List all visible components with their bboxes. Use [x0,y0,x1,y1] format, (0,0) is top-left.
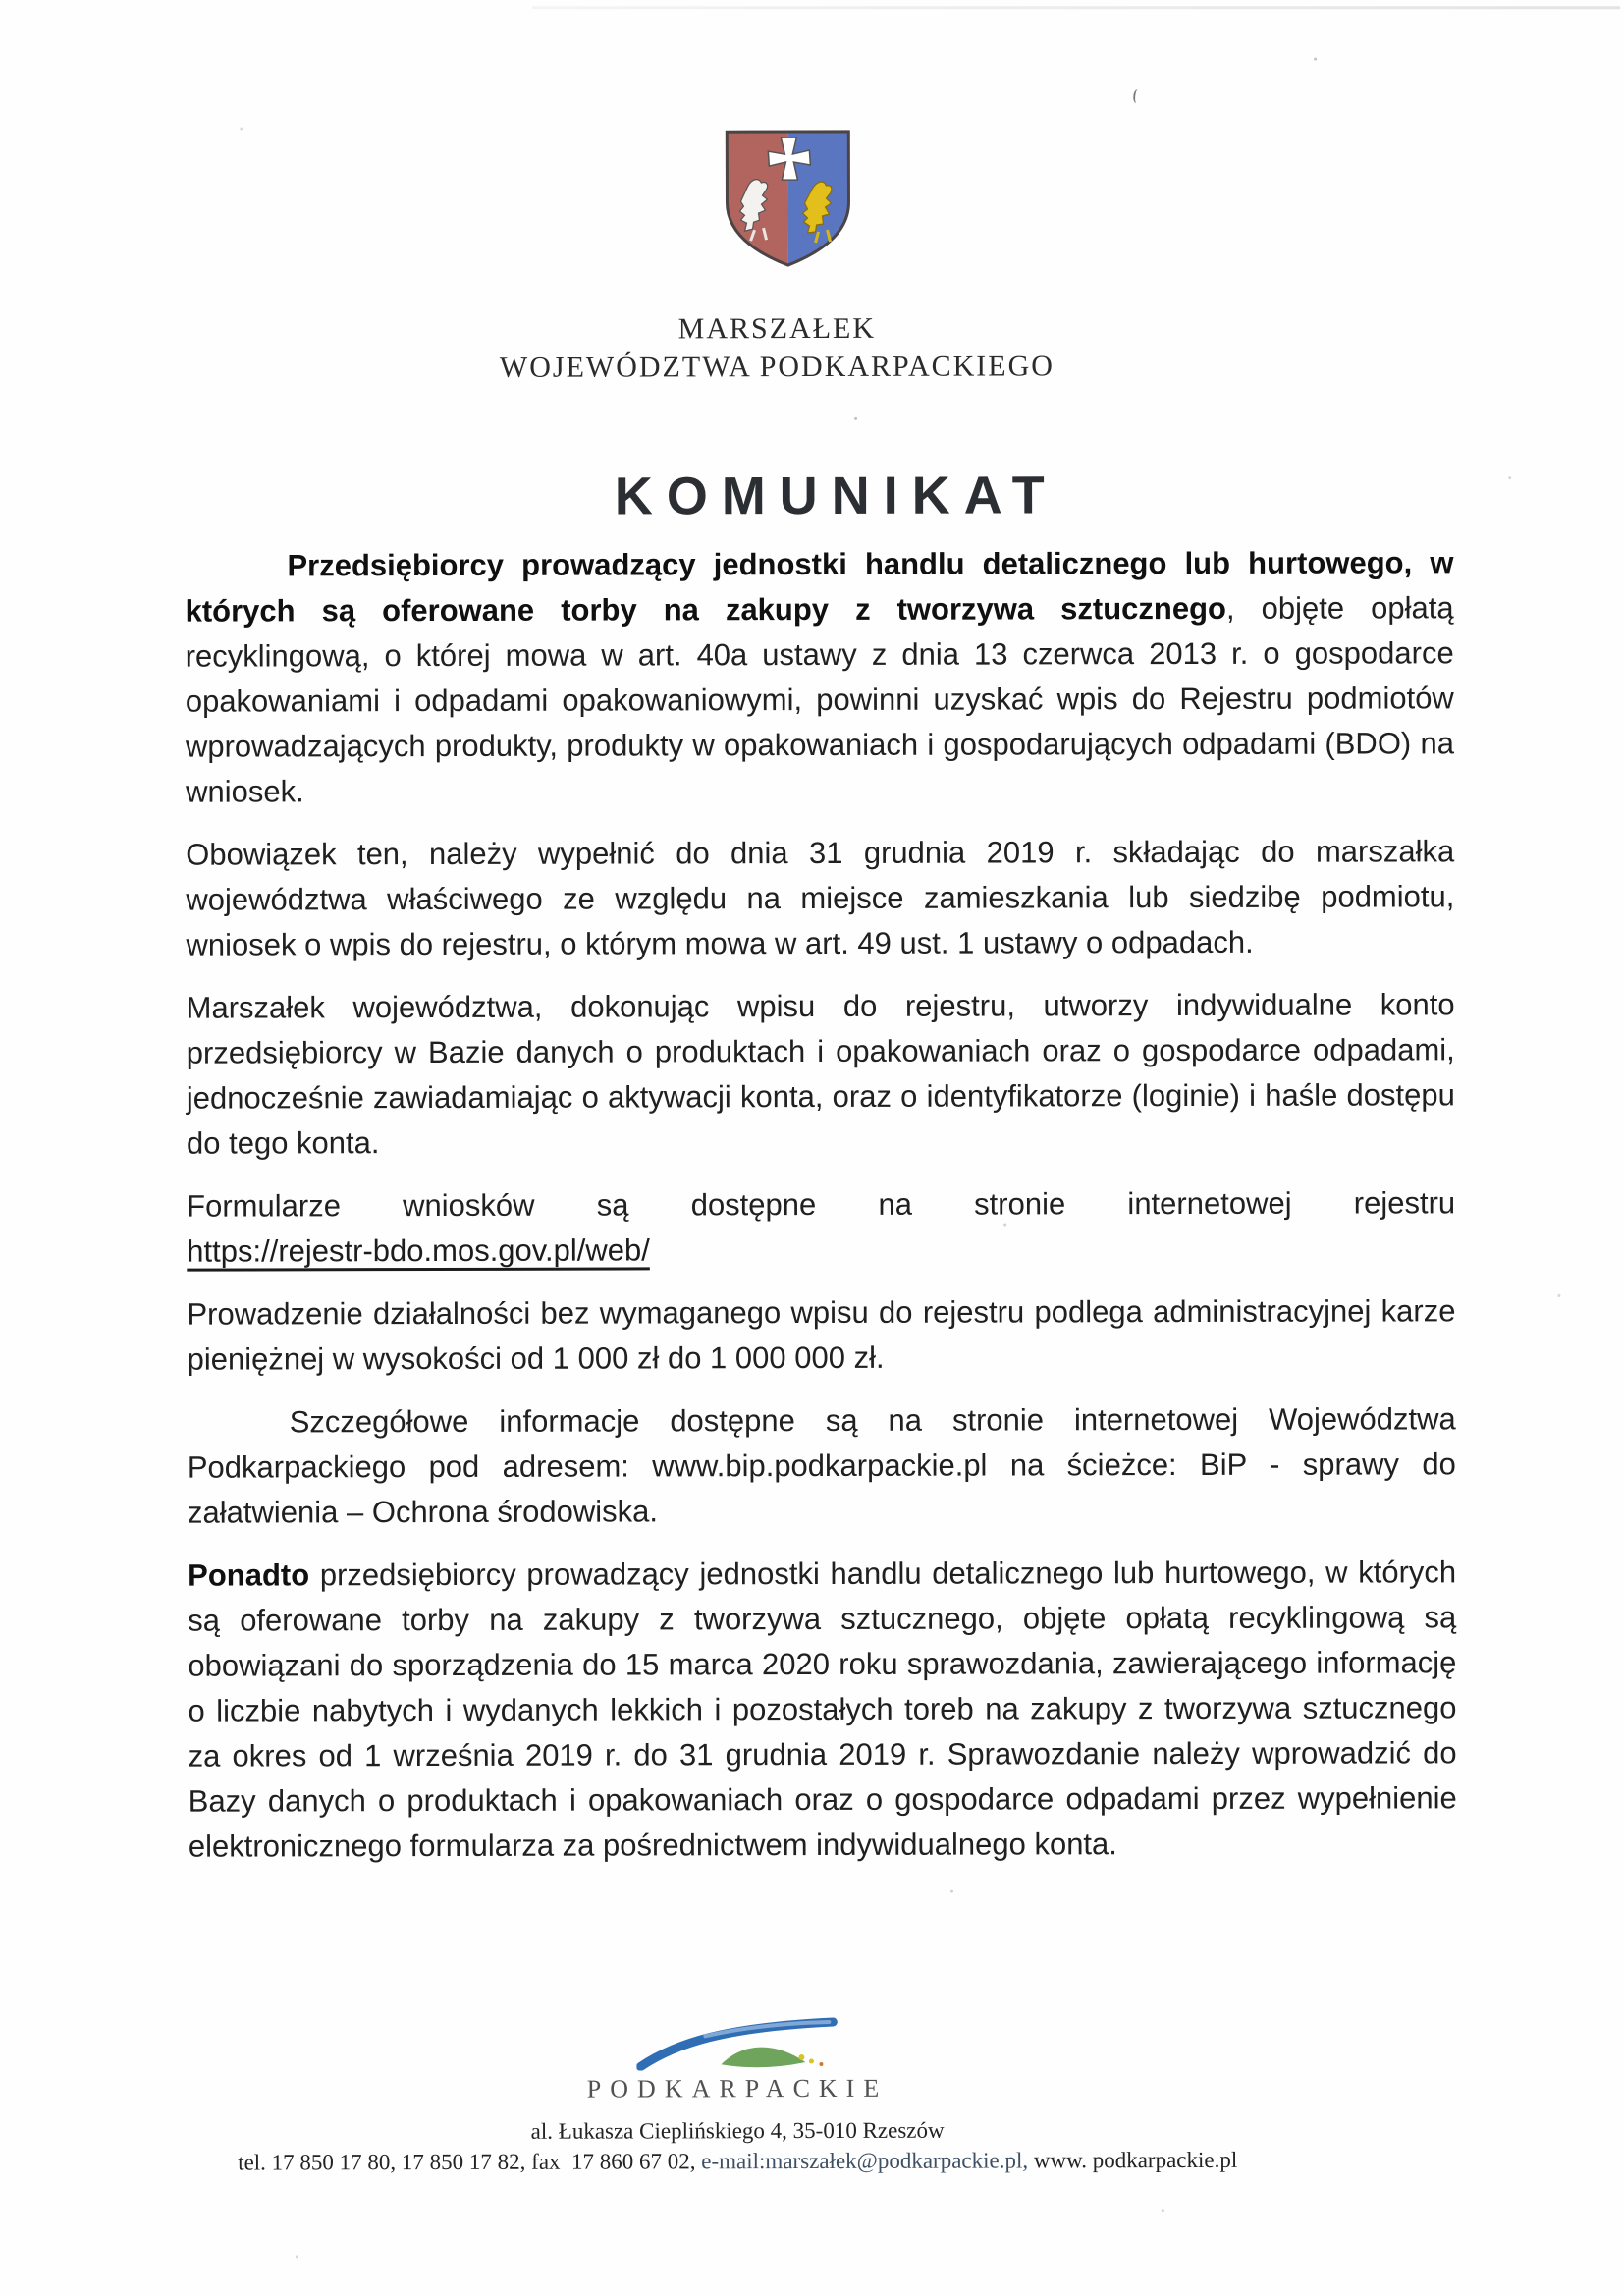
paragraph-details: Szczegółowe informacje dostępne są na st… [188,1396,1456,1535]
paragraph-obligation: Obowiązek ten, należy wypełnić do dnia 3… [186,829,1454,967]
scan-speck [854,417,857,420]
paragraph-marshal-account: Marszałek województwa, dokonując wpisu d… [187,982,1455,1166]
paragraph-penalty: Prowadzenie działalności bez wymaganego … [187,1288,1455,1382]
paragraph-forms-text: Formularze wniosków są dostępne na stron… [187,1180,1455,1229]
logo-accent-yellow [809,2058,814,2063]
paragraph-reporting: Ponadto przedsiębiorcy prowadzący jednos… [188,1550,1457,1869]
scan-speck [240,128,243,131]
paragraph-reporting-bold: Ponadto [188,1558,309,1592]
scan-speck [1314,58,1317,61]
scan-speck [1557,1294,1560,1297]
scan-artifact-mark [1133,89,1142,104]
podkarpackie-coat-of-arms [721,126,854,271]
logo-accent-orange [819,2062,823,2066]
paragraph-reporting-text: przedsiębiorcy prowadzący jednostki hand… [188,1555,1457,1863]
org-name-line1: MARSZAŁEK [0,310,1589,348]
scan-speck [296,2255,298,2258]
paragraph-intro: Przedsiębiorcy prowadzący jednostki hand… [185,540,1454,814]
address-phones: tel. 17 850 17 80, 17 850 17 82, fax 17 … [238,2149,701,2174]
scan-speck [1162,2209,1164,2212]
address-email: e-mail:marszałek@podkarpackie.pl, [701,2148,1028,2173]
podkarpackie-logo-swoosh-icon [636,2015,838,2071]
document-body: Przedsiębiorcy prowadzący jednostki hand… [185,540,1457,1886]
logo-accent-yellow [798,2054,804,2060]
document-footer: PODKARPACKIE al. Łukasza Cieplińskiego 4… [0,2013,1549,2178]
registry-link[interactable]: https://rejestr-bdo.mos.gov.pl/web/ [187,1232,650,1268]
address-line-2: tel. 17 850 17 80, 17 850 17 82, fax 17 … [0,2144,1549,2178]
page-title: KOMUNIKAT [25,464,1623,528]
org-name-line2: WOJEWÓDZTWA PODKARPACKIEGO [0,349,1589,386]
scan-artifact-line [532,6,1620,9]
scanned-document-page: MARSZAŁEK WOJEWÓDZTWA PODKARPACKIEGO KOM… [0,0,1623,2296]
address-line-1: al. Łukasza Cieplińskiego 4, 35-010 Rzes… [0,2113,1549,2148]
logo-hill-green [721,2047,805,2067]
logo-wordmark: PODKARPACKIE [0,2072,1549,2105]
scan-speck [950,1890,953,1893]
paragraph-forms: Formularze wniosków są dostępne na stron… [187,1180,1455,1274]
address-website: www. podkarpackie.pl [1028,2148,1237,2173]
